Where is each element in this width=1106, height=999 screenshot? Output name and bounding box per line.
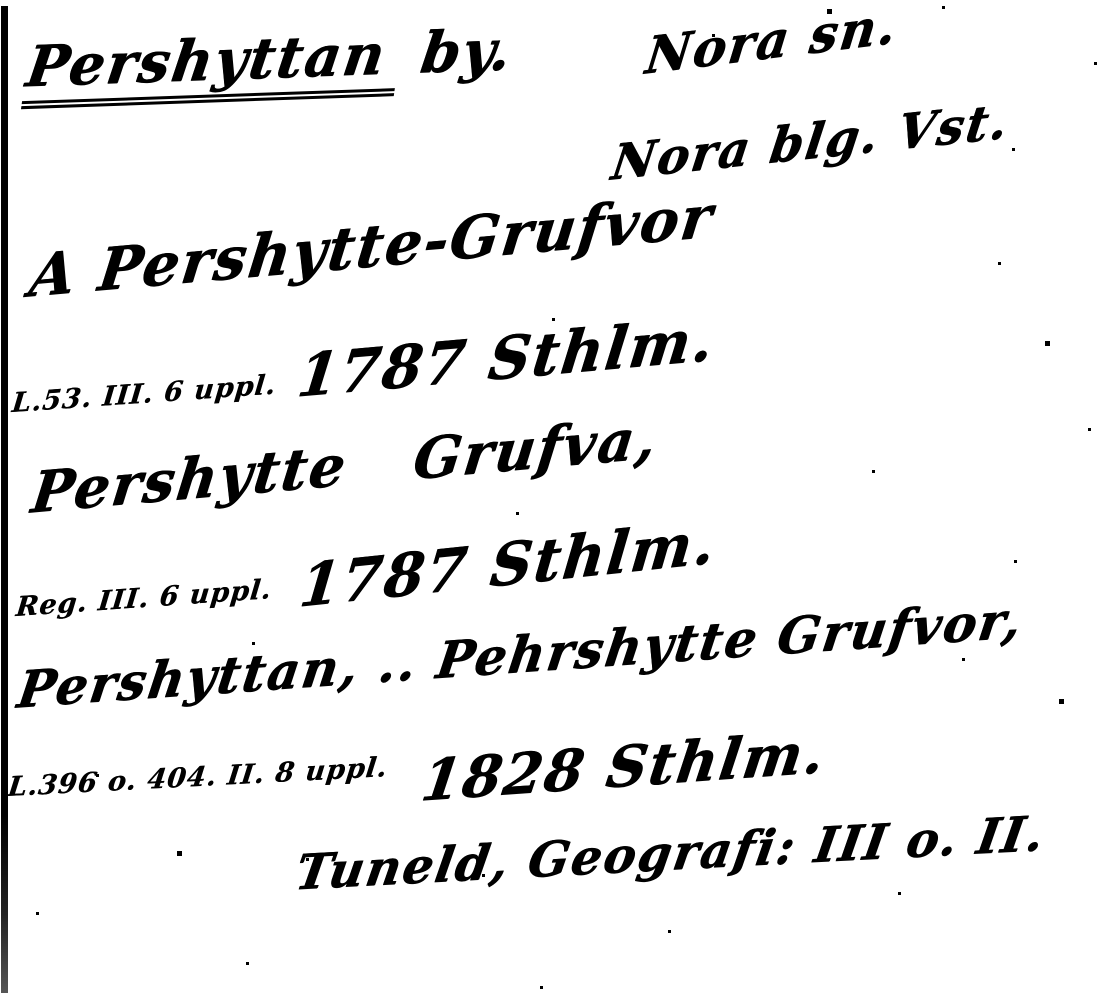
entry-imprint: 1828 Sthlm. (418, 723, 830, 811)
scan-noise-speckles (0, 0, 3, 3)
entry-reference: L.53. III. 6 uppl. (10, 371, 277, 418)
district-annotation: Nora blg. Vst. (608, 96, 1012, 189)
scan-binding-edge (1, 6, 8, 993)
entry-reference: L.396 o. 404. II. 8 uppl. (6, 754, 389, 802)
entry-imprint: 1787 Sthlm. (297, 512, 719, 618)
source-citation: Tuneld, Geografi: III o. II. (292, 809, 1049, 899)
entry-title: A Pershytte-Grufvor (26, 186, 717, 308)
entry-imprint: 1787 Sthlm. (294, 309, 718, 407)
card-title-place: Pershyttan (21, 25, 404, 109)
card-title: Pershyttan by. (21, 21, 516, 109)
card-title-suffix: by. (417, 17, 517, 87)
archive-card: Pershyttan by. Nora sn. Nora blg. Vst. A… (0, 0, 1106, 999)
parish-annotation: Nora sn. (643, 0, 901, 83)
entry-title: Pershytte Grufva, (28, 409, 661, 523)
entry-reference: Reg. III. 6 uppl. (14, 576, 273, 622)
